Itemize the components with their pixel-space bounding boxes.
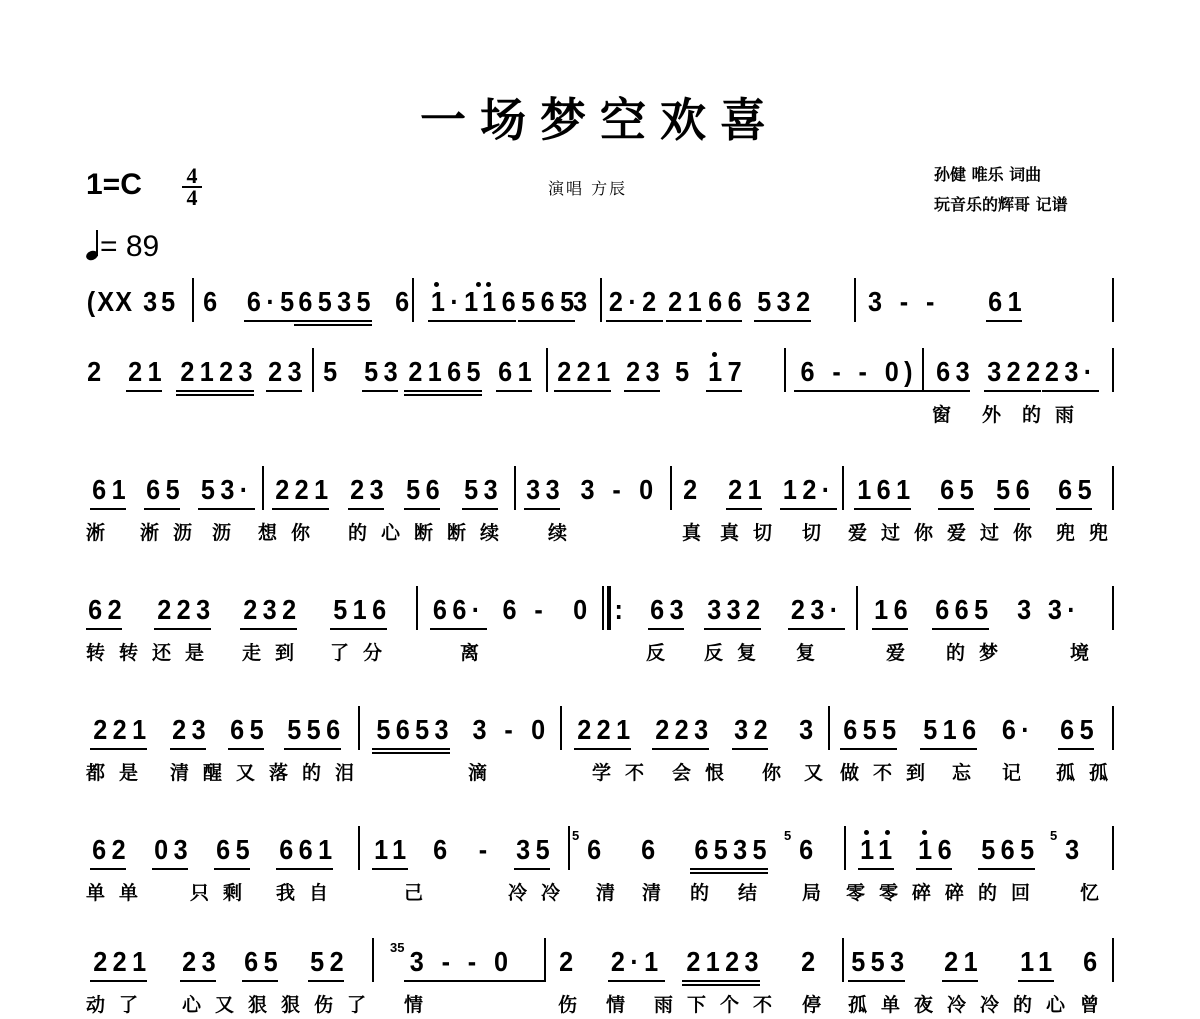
note-group: 221 xyxy=(93,946,151,978)
beam-underline xyxy=(780,508,837,510)
score-row: 616553·221235653333 -022112·161655665淅淅沥… xyxy=(86,466,1116,526)
note-group: 6 xyxy=(203,286,222,318)
beam-underline xyxy=(480,320,516,322)
note-group: 53 xyxy=(464,474,503,506)
octave-dot-above xyxy=(885,830,890,835)
beam-underline xyxy=(916,868,952,870)
note-group: 65 xyxy=(1058,474,1097,506)
notation-line: 221212323553216561221235176 - - 0)633222… xyxy=(86,348,1116,408)
lyric: 又 xyxy=(804,758,837,785)
beam-underline xyxy=(938,508,974,510)
note-group: 16 xyxy=(918,834,957,866)
beam-underline xyxy=(126,390,162,392)
beam-underline xyxy=(652,748,709,750)
note-group: 2 xyxy=(87,356,106,388)
lyric: 忘 xyxy=(952,758,985,785)
note-group: 52 xyxy=(310,946,349,978)
note-group: 221 xyxy=(557,356,615,388)
beam-underline xyxy=(514,868,550,870)
lyric: 做不到 xyxy=(840,758,939,785)
note-group: 21 xyxy=(668,286,707,318)
beam-underline xyxy=(984,390,1041,392)
note-group: 556 xyxy=(287,714,345,746)
beam-underline xyxy=(284,748,341,750)
barline xyxy=(412,278,414,322)
beam-underline xyxy=(462,508,498,510)
note-group: 3 xyxy=(143,286,162,318)
note-group: 11 xyxy=(374,834,411,866)
key-signature: 1=C xyxy=(86,168,142,202)
score-row: 221236552353 - - 022·12123255321116动了心又狠… xyxy=(86,938,1116,998)
beam-underline xyxy=(934,390,970,392)
note-group: 516 xyxy=(923,714,981,746)
notation-line: (XX3566·5653561·11656532·221665323 - -61 xyxy=(86,278,1116,338)
barline xyxy=(560,706,562,750)
beam-underline xyxy=(266,390,302,392)
beam-underline xyxy=(1018,980,1054,982)
lyric: 了分 xyxy=(330,638,396,665)
note-group: 322 xyxy=(987,356,1045,388)
beam-underline xyxy=(608,980,665,982)
beam-underline xyxy=(272,508,329,510)
octave-dot-above xyxy=(864,830,869,835)
note-group: 21 xyxy=(128,356,167,388)
octave-dot-above xyxy=(486,282,491,287)
beam-underline xyxy=(294,324,372,326)
lyric: 淅沥 xyxy=(140,518,206,545)
beam-underline xyxy=(362,390,398,392)
lyric: 情 xyxy=(404,990,437,1017)
note-group: 2 xyxy=(559,946,578,978)
note-group: 5 xyxy=(323,356,342,388)
beam-underline xyxy=(840,748,897,750)
note-group: 6· xyxy=(1002,714,1035,746)
lyric: 续 xyxy=(548,518,581,545)
note-group: 6 - - 0) xyxy=(801,356,918,388)
notation-line: 221236555656533 -02212233236555166·65 xyxy=(86,706,1116,766)
beam-underline xyxy=(788,628,845,630)
note-group: 23 xyxy=(350,474,389,506)
beam-underline xyxy=(704,628,761,630)
time-signature: 4 4 xyxy=(180,166,204,208)
note-group: 1·1 xyxy=(431,286,484,318)
note-group: 5 xyxy=(161,286,180,318)
lyric: 你 xyxy=(762,758,795,785)
note-group: 35 xyxy=(516,834,555,866)
barline xyxy=(842,938,844,982)
note-group: 332 xyxy=(707,594,765,626)
lyric: 冷冷 xyxy=(508,878,574,905)
beam-underline xyxy=(242,980,278,982)
note-group: 2·2 xyxy=(609,286,662,318)
repeat-sign: : xyxy=(614,594,622,626)
note-group: 3 xyxy=(799,714,818,746)
barline xyxy=(1112,278,1114,322)
lyric: 兜兜 xyxy=(1056,518,1122,545)
beam-underline xyxy=(372,752,450,754)
note-group: 66· xyxy=(433,594,486,626)
repeat-barline xyxy=(607,586,611,630)
note-group: 3 - - 0 xyxy=(410,946,514,978)
beam-underline xyxy=(154,628,211,630)
beam-underline xyxy=(404,508,440,510)
lyric: 沥 xyxy=(212,518,245,545)
lyric: 窗 xyxy=(932,400,965,427)
note-group: 17 xyxy=(708,356,747,388)
note-group: 2 xyxy=(683,474,702,506)
beam-underline xyxy=(240,628,297,630)
beam-underline xyxy=(690,868,768,870)
beam-underline xyxy=(794,390,956,392)
beam-underline xyxy=(86,628,122,630)
beam-underline xyxy=(682,984,760,986)
barline xyxy=(670,466,672,510)
note-group: 665 xyxy=(935,594,993,626)
beam-underline xyxy=(920,748,977,750)
beam-underline xyxy=(518,320,575,322)
beam-underline xyxy=(170,748,206,750)
lyric: 己 xyxy=(404,878,437,905)
beam-underline xyxy=(176,394,254,396)
lyric: 心又狠狠伤了 xyxy=(182,990,380,1017)
barline xyxy=(514,466,516,510)
quarter-note-icon xyxy=(86,228,100,260)
lyric: 爱 xyxy=(886,638,919,665)
note-group: 65 xyxy=(1060,714,1099,746)
lyric: 单单 xyxy=(86,878,152,905)
barline xyxy=(546,348,548,392)
note-group: 232 xyxy=(243,594,301,626)
beam-underline xyxy=(90,508,126,510)
note-group: 532 xyxy=(757,286,815,318)
beam-underline xyxy=(496,390,532,392)
note-group: 53· xyxy=(201,474,254,506)
beam-underline xyxy=(666,320,702,322)
note-group: 516 xyxy=(333,594,391,626)
beam-underline xyxy=(726,508,762,510)
lyric: 零零碎碎的回 xyxy=(846,878,1044,905)
lyric: 真切 xyxy=(720,518,786,545)
grace-note: 35 xyxy=(390,940,404,955)
beam-underline xyxy=(90,748,147,750)
lyric: 境 xyxy=(1070,638,1103,665)
note-group: 3 - xyxy=(473,714,519,746)
note-group: 23· xyxy=(791,594,844,626)
beam-underline xyxy=(404,980,545,982)
note-group: 65 xyxy=(940,474,979,506)
beam-underline xyxy=(228,748,264,750)
grace-note: 5 xyxy=(1050,828,1057,843)
octave-dot-above xyxy=(434,282,439,287)
note-group: 56 xyxy=(996,474,1035,506)
lyric: 停 xyxy=(802,990,835,1017)
note-group: 3 - xyxy=(581,474,627,506)
note-group: 6535 xyxy=(694,834,772,866)
note-group: 2123 xyxy=(686,946,764,978)
lyric: 的梦 xyxy=(946,638,1012,665)
beam-underline xyxy=(372,868,408,870)
note-group: 21 xyxy=(944,946,983,978)
octave-dot-above xyxy=(712,352,717,357)
beam-underline xyxy=(1042,390,1099,392)
beam-underline xyxy=(308,980,344,982)
beam-underline xyxy=(198,508,255,510)
singer-credit: 演唱 方辰 xyxy=(548,176,627,199)
beam-underline xyxy=(648,628,684,630)
barline xyxy=(372,938,374,982)
beam-underline xyxy=(848,980,905,982)
note-group: 553 xyxy=(851,946,909,978)
lyric: 想你 xyxy=(258,518,324,545)
barline xyxy=(544,938,546,982)
note-group: 221 xyxy=(275,474,333,506)
note-group: - xyxy=(479,834,493,866)
beam-underline xyxy=(554,390,611,392)
beam-underline xyxy=(276,868,333,870)
transcriber: 玩音乐的辉哥 记谱 xyxy=(934,190,1068,220)
note-group: 32 xyxy=(734,714,773,746)
beam-underline xyxy=(706,320,742,322)
grace-note: 5 xyxy=(572,828,579,843)
score-row: (XX3566·5653561·11656532·221665323 - -61 xyxy=(86,278,1116,338)
note-group: 62 xyxy=(88,594,127,626)
beam-underline xyxy=(706,390,742,392)
lyric: 爱过你爱过你 xyxy=(848,518,1046,545)
lyric: 的雨 xyxy=(1022,400,1088,427)
barline xyxy=(854,278,856,322)
note-group: 6535 xyxy=(298,286,376,318)
note-group: 65 xyxy=(230,714,269,746)
barline xyxy=(842,466,844,510)
barline xyxy=(856,586,858,630)
note-group: 65 xyxy=(146,474,185,506)
note-group: 3 xyxy=(573,286,592,318)
note-group: 6 xyxy=(433,834,452,866)
note-group: 2123 xyxy=(180,356,258,388)
barline xyxy=(1112,466,1114,510)
note-group: 23 xyxy=(626,356,665,388)
beam-underline xyxy=(144,508,180,510)
lyric: 清 xyxy=(596,878,629,905)
note-group: 11 xyxy=(860,834,897,866)
note-group: 66 xyxy=(708,286,747,318)
beam-underline xyxy=(404,394,482,396)
note-group: 11 xyxy=(1020,946,1057,978)
lyric: 反 xyxy=(646,638,679,665)
note-group: 565 xyxy=(981,834,1039,866)
beam-underline xyxy=(294,320,372,322)
beam-underline xyxy=(90,980,147,982)
barline xyxy=(828,706,830,750)
lyric: 记 xyxy=(1002,758,1035,785)
beam-underline xyxy=(1058,748,1094,750)
note-group: 56 xyxy=(406,474,445,506)
lyric: 我自 xyxy=(276,878,342,905)
note-group: 63 xyxy=(650,594,689,626)
note-group: 3 xyxy=(1065,834,1084,866)
score-row: 221236555656533 -02212233236555166·65都是清… xyxy=(86,706,1116,766)
barline xyxy=(844,826,846,870)
note-group: 65 xyxy=(216,834,255,866)
lyric: 曾 xyxy=(1080,990,1113,1017)
note-group: 03 xyxy=(154,834,193,866)
note-group: 6·5 xyxy=(247,286,300,318)
beam-underline xyxy=(978,868,1035,870)
beam-underline xyxy=(624,390,660,392)
beam-underline xyxy=(330,628,387,630)
beam-underline xyxy=(176,390,254,392)
note-group: 5653 xyxy=(376,714,454,746)
note-group: 23 xyxy=(172,714,211,746)
lyric: 的 xyxy=(690,878,723,905)
beam-underline xyxy=(1056,508,1092,510)
note-group: 223 xyxy=(157,594,215,626)
note-group: 6 xyxy=(587,834,606,866)
barline xyxy=(1112,348,1114,392)
note-group: 0 xyxy=(531,714,550,746)
lyric: 清 xyxy=(642,878,675,905)
beam-underline xyxy=(152,868,188,870)
barline xyxy=(922,348,924,392)
lyric: 学不 xyxy=(592,758,658,785)
lyric: 动了 xyxy=(86,990,152,1017)
note-group: 61 xyxy=(498,356,537,388)
beam-underline xyxy=(428,320,485,322)
note-group: 2 xyxy=(801,946,820,978)
note-group: 655 xyxy=(843,714,901,746)
lyric: 局 xyxy=(802,878,835,905)
lyric: 结 xyxy=(738,878,771,905)
note-group: 23 xyxy=(182,946,221,978)
beam-underline xyxy=(244,320,301,322)
notation-line: 221236552353 - - 022·12123255321116 xyxy=(86,938,1116,998)
note-group: 6 xyxy=(1083,946,1102,978)
lyric: 孤孤 xyxy=(1056,758,1122,785)
note-group: 0 xyxy=(573,594,592,626)
lyric: 滴 xyxy=(468,758,501,785)
octave-dot-above xyxy=(476,282,481,287)
lyric: 的心断断续 xyxy=(348,518,513,545)
lyric: 走到 xyxy=(242,638,308,665)
note-group: 2·1 xyxy=(611,946,664,978)
note-group: 161 xyxy=(857,474,915,506)
note-group: 16 xyxy=(482,286,521,318)
note-group: 5 xyxy=(675,356,694,388)
beam-underline xyxy=(430,628,487,630)
beam-underline xyxy=(180,980,216,982)
barline xyxy=(192,278,194,322)
note-group: 0 xyxy=(639,474,658,506)
note-group: 565 xyxy=(521,286,579,318)
note-group: 6 - xyxy=(503,594,549,626)
lyricist-composer: 孙健 唯乐 词曲 xyxy=(934,160,1068,190)
note-group: 12· xyxy=(783,474,836,506)
lyric: 都是 xyxy=(86,758,152,785)
lyric: 雨下个不 xyxy=(654,990,786,1017)
barline xyxy=(1112,826,1114,870)
note-group: 223 xyxy=(655,714,713,746)
beam-underline xyxy=(754,320,811,322)
note-group: 65 xyxy=(244,946,283,978)
lyric: 切 xyxy=(802,518,835,545)
lyric: 离 xyxy=(460,638,493,665)
note-group: 62 xyxy=(92,834,131,866)
note-group: 2165 xyxy=(408,356,486,388)
lyric: 外 xyxy=(982,400,1015,427)
note-group: 6 xyxy=(799,834,818,866)
beam-underline xyxy=(404,390,482,392)
beam-underline xyxy=(90,868,126,870)
barline xyxy=(1112,706,1114,750)
beam-underline xyxy=(854,508,911,510)
song-title: 一场梦空欢喜 xyxy=(0,84,1200,150)
beam-underline xyxy=(606,320,663,322)
barline xyxy=(568,826,570,870)
notation-line: 6222323251666·6 -0:6333223·1666533· xyxy=(86,586,1116,646)
lyric: 真 xyxy=(682,518,715,545)
note-group: 23· xyxy=(1045,356,1098,388)
note-group: 33 xyxy=(526,474,565,506)
octave-dot-above xyxy=(922,830,927,835)
barline xyxy=(416,586,418,630)
beam-underline xyxy=(690,872,768,874)
note-group: 63 xyxy=(936,356,975,388)
beam-underline xyxy=(348,508,384,510)
note-group: X xyxy=(115,286,137,318)
score-row: 620365661116-35566653556111656553单单只剩我自己… xyxy=(86,826,1116,886)
barline xyxy=(262,466,264,510)
score-row: 221212323553216561221235176 - - 0)633222… xyxy=(86,348,1116,408)
grace-note: 5 xyxy=(784,828,791,843)
lyric: 转转还是 xyxy=(86,638,218,665)
lyric: 只剩 xyxy=(190,878,256,905)
note-group: 21 xyxy=(728,474,767,506)
barline xyxy=(358,706,360,750)
lyric: 情 xyxy=(606,990,639,1017)
note-group: 6 xyxy=(641,834,660,866)
note-group: 3 - - xyxy=(868,286,940,318)
beam-underline xyxy=(932,628,989,630)
beam-underline xyxy=(942,980,978,982)
lyric: 忆 xyxy=(1080,878,1113,905)
beam-underline xyxy=(214,868,250,870)
beam-underline xyxy=(524,508,560,510)
lyric: 淅 xyxy=(86,518,119,545)
note-group: 16 xyxy=(874,594,913,626)
beam-underline xyxy=(732,748,768,750)
barline xyxy=(784,348,786,392)
lyric: 清醒又落的泪 xyxy=(170,758,368,785)
lyric: 复 xyxy=(796,638,829,665)
note-group: 3 xyxy=(1017,594,1036,626)
score-row: 6222323251666·6 -0:6333223·1666533·转转还是走… xyxy=(86,586,1116,646)
notation-line: 620365661116-35566653556111656553 xyxy=(86,826,1116,886)
tempo-marking: = 89 xyxy=(86,228,159,264)
barline xyxy=(1112,938,1114,982)
beam-underline xyxy=(574,748,631,750)
lyric: 孤单夜冷冷的心 xyxy=(848,990,1079,1017)
lyric: 伤 xyxy=(558,990,591,1017)
notation-line: 616553·221235653333 -022112·161655665 xyxy=(86,466,1116,526)
note-group: 221 xyxy=(577,714,635,746)
repeat-barline xyxy=(602,586,604,630)
beam-underline xyxy=(986,320,1022,322)
beam-underline xyxy=(872,628,908,630)
beam-underline xyxy=(994,508,1030,510)
note-group: 221 xyxy=(93,714,151,746)
note-group: 23 xyxy=(268,356,307,388)
barline xyxy=(312,348,314,392)
